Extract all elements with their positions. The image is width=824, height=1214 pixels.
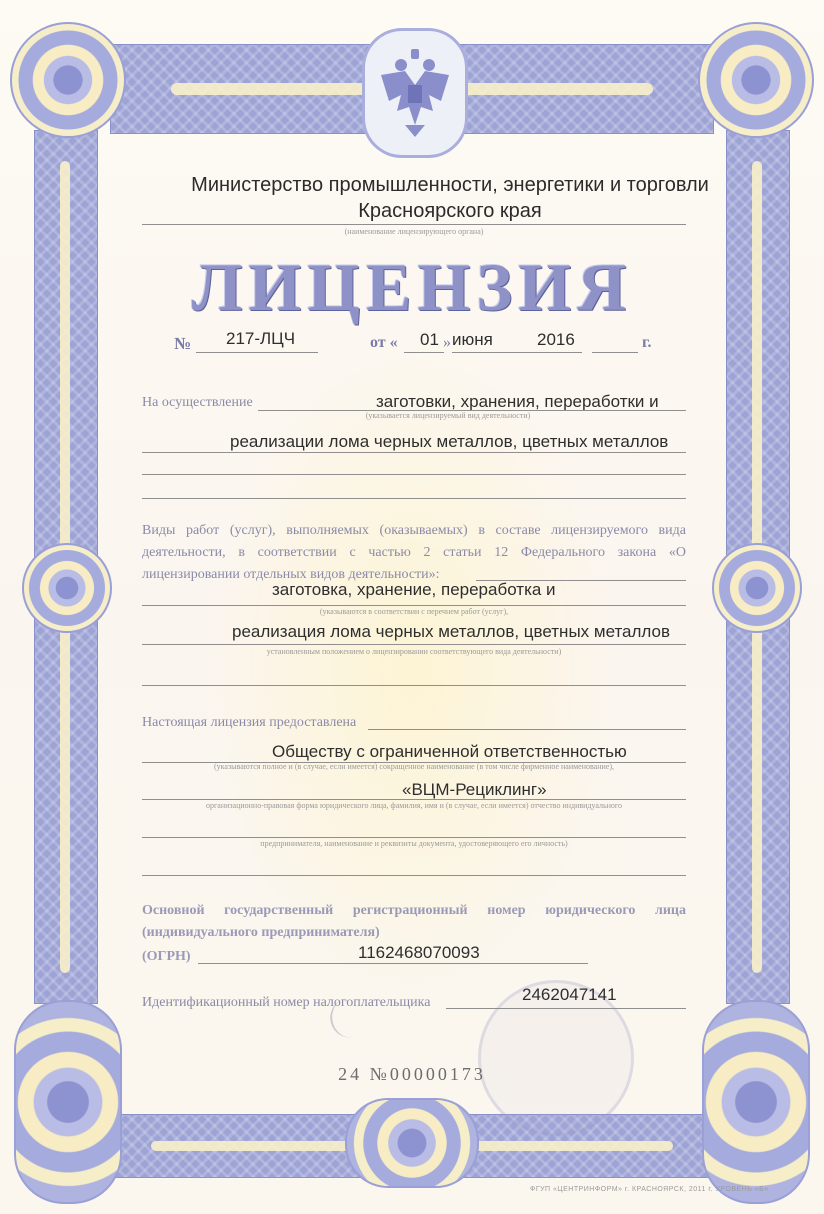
activity-label: На осуществление xyxy=(142,395,253,411)
rosette-ornament-icon xyxy=(14,1000,122,1204)
underline xyxy=(142,605,686,606)
underline xyxy=(142,837,686,838)
works-line2: реализация лома черных металлов, цветных… xyxy=(232,622,670,642)
works-hint2: установленным положением о лицензировани… xyxy=(142,647,686,656)
rosette-ornament-icon xyxy=(345,1098,479,1188)
activity-hint: (указывается лицензируемый вид деятельно… xyxy=(258,411,638,420)
date-year: 2016 xyxy=(537,330,575,350)
underline xyxy=(368,729,686,730)
double-headed-eagle-icon xyxy=(375,45,455,141)
underline xyxy=(142,498,686,499)
rosette-ornament-icon xyxy=(698,22,814,138)
license-number: 217-ЛЦЧ xyxy=(226,329,295,349)
rosette-ornament-icon xyxy=(10,22,126,138)
number-label: № xyxy=(174,334,191,354)
licensee-form: Обществу с ограниченной ответственностью xyxy=(272,742,627,762)
underline xyxy=(196,352,318,353)
underline xyxy=(452,352,582,353)
licensee-name: «ВЦМ-Рециклинг» xyxy=(402,780,547,800)
underline xyxy=(592,352,638,353)
underline xyxy=(142,799,686,800)
granted-hint1: (указываются полное и (в случае, если им… xyxy=(142,762,686,771)
ogrn-label-line3: (ОГРН) xyxy=(142,949,191,965)
issuing-authority-hint: (наименование лицензирующего органа) xyxy=(142,227,686,236)
works-paragraph: Виды работ (услуг), выполняемых (оказыва… xyxy=(142,520,686,586)
inn-label: Идентификационный номер налогоплательщик… xyxy=(142,995,430,1011)
issuing-authority-line2: Красноярского края xyxy=(130,198,770,224)
date-quote-close: » xyxy=(443,334,451,352)
ogrn-value: 1162468070093 xyxy=(358,943,480,963)
printer-imprint: ФГУП «ЦЕНТРИНФОРМ» г. КРАСНОЯРСК, 2011 г… xyxy=(530,1186,769,1193)
granted-hint2: организационно-правовая форма юридическо… xyxy=(142,801,686,810)
underline xyxy=(142,452,686,453)
rosette-ornament-icon xyxy=(702,1000,810,1204)
works-line1: заготовка, хранение, переработка и xyxy=(272,580,556,600)
coat-of-arms-emblem xyxy=(362,28,468,158)
document-title: ЛИЦЕНЗИЯ xyxy=(0,248,824,327)
date-day: 01 xyxy=(420,330,439,350)
works-hint1: (указываются в соответствии с перечнем р… xyxy=(142,607,686,616)
underline xyxy=(446,1008,686,1009)
ogrn-label-line1: Основной государственный регистрационный… xyxy=(142,900,686,922)
granted-hint3: предпринимателя, наименование и реквизит… xyxy=(142,839,686,848)
underline xyxy=(142,224,686,225)
underline xyxy=(142,644,686,645)
date-from-label: от « xyxy=(370,334,398,352)
rosette-ornament-icon xyxy=(22,543,112,633)
date-suffix: г. xyxy=(642,334,651,352)
underline xyxy=(142,685,686,686)
activity-line1: заготовки, хранения, переработки и xyxy=(376,392,659,412)
issuing-authority-line1: Министерство промышленности, энергетики … xyxy=(130,172,770,198)
activity-line2: реализации лома черных металлов, цветных… xyxy=(230,432,668,452)
issuing-authority: Министерство промышленности, энергетики … xyxy=(130,172,770,224)
date-month: июня xyxy=(452,330,493,350)
underline xyxy=(142,875,686,876)
underline xyxy=(142,474,686,475)
granted-label: Настоящая лицензия предоставлена xyxy=(142,715,356,731)
underline xyxy=(404,352,444,353)
underline xyxy=(198,963,588,964)
form-serial-number: 24 №00000173 xyxy=(0,1064,824,1085)
ogrn-label-line2: (индивидуального предпринимателя) xyxy=(142,925,380,941)
inn-value: 2462047141 xyxy=(522,985,617,1005)
rosette-ornament-icon xyxy=(712,543,802,633)
